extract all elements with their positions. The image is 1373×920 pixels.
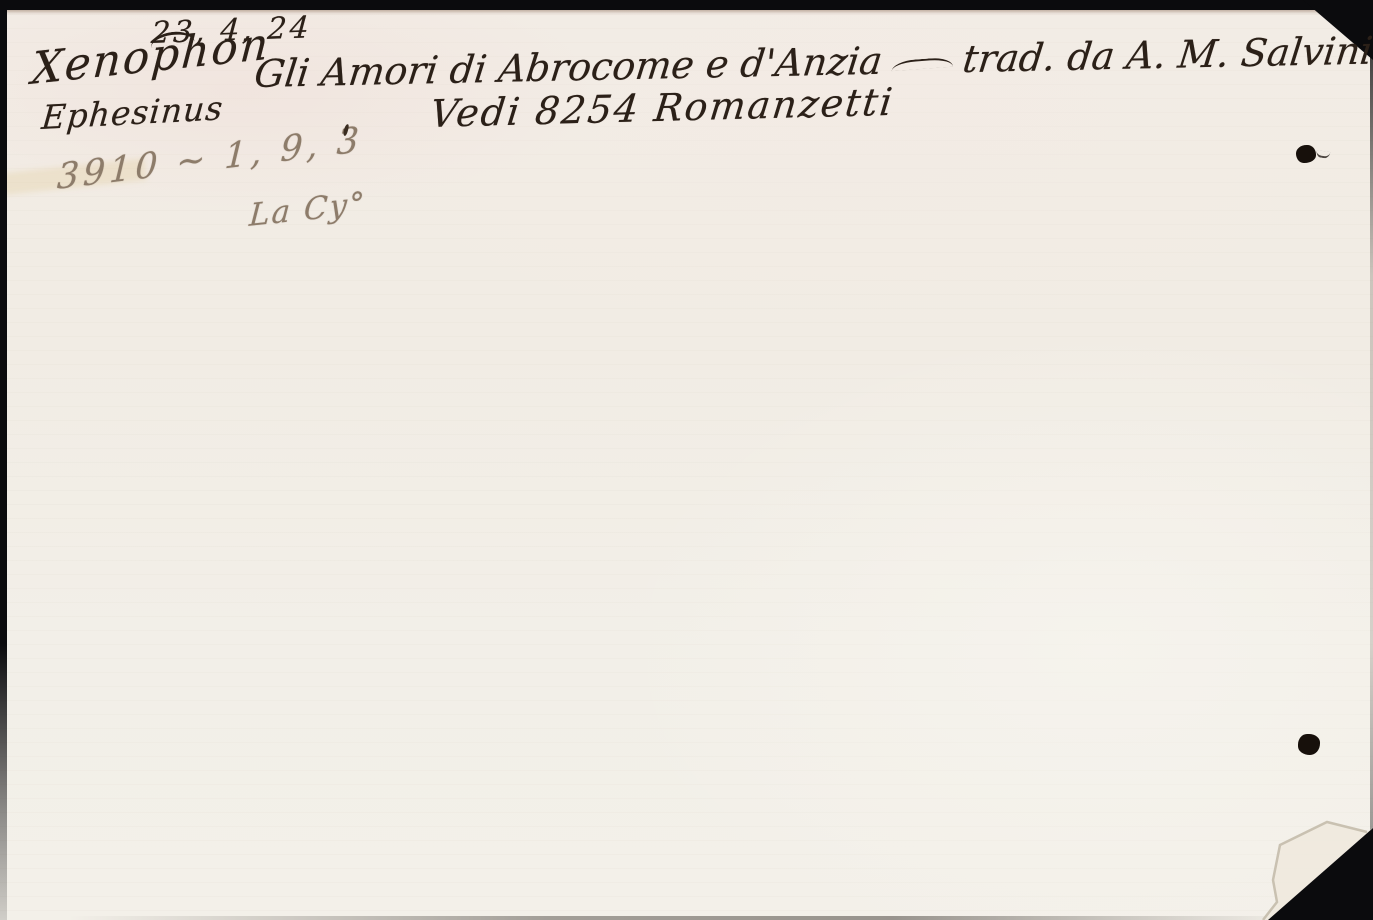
- ink-blot-lower: [1298, 734, 1320, 755]
- scan-edge-top: [0, 0, 1373, 10]
- paper-background: [0, 0, 1373, 920]
- scan-edge-bottom: [0, 916, 1373, 920]
- pen-flourish: [887, 52, 958, 67]
- ink-blot-upper: [1296, 145, 1316, 163]
- translator-text: trad. da A. M. Salvini: [960, 28, 1373, 81]
- scanned-catalog-card: { "card": { "shelfmark": "23, 4, 24", "a…: [0, 0, 1373, 920]
- folded-corner-bottom-right: [1173, 780, 1373, 920]
- scan-edge-left: [0, 0, 7, 920]
